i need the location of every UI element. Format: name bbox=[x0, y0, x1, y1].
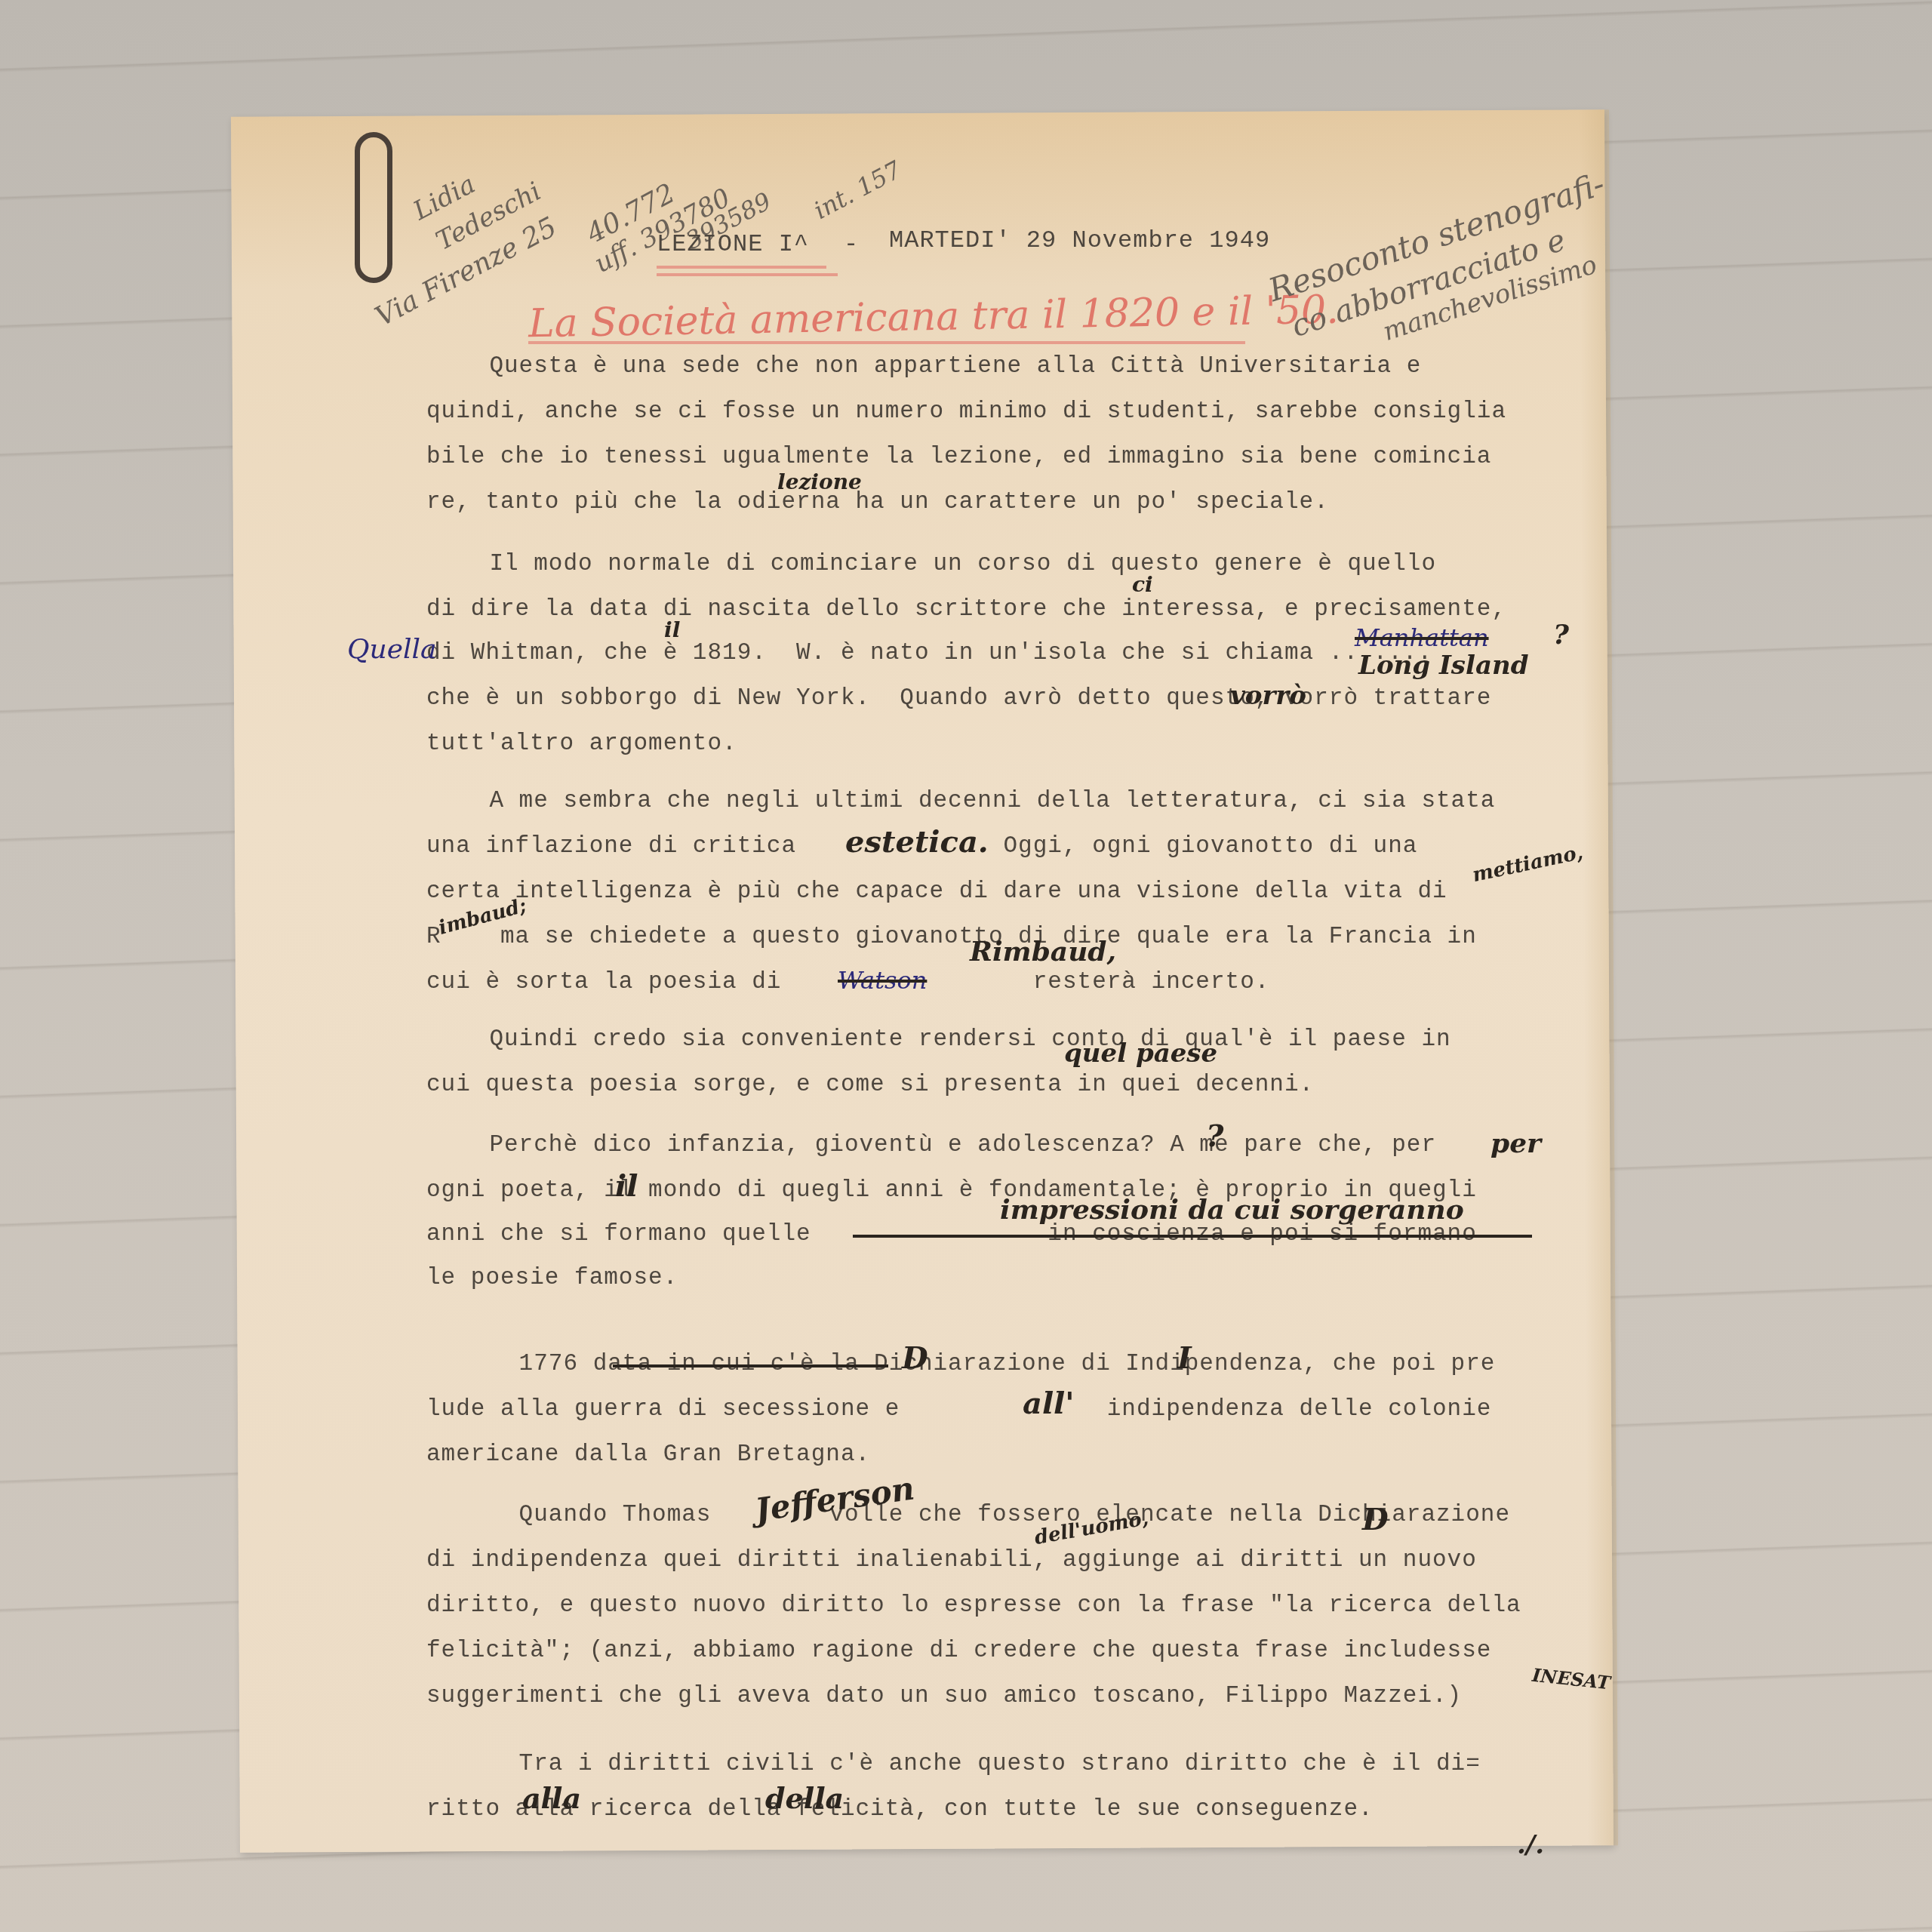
lesson-number: LEZIONE I^ bbox=[657, 230, 809, 258]
paper-edge bbox=[1579, 109, 1618, 1845]
text-line: certa intelligenza è più che capace di d… bbox=[426, 878, 1447, 905]
text-line: suggerimenti che gli aveva dato un suo a… bbox=[426, 1683, 1462, 1709]
annotation-il: il bbox=[664, 617, 680, 642]
text-line: di Whitman, che è 1819. W. è nato in un'… bbox=[426, 640, 1432, 666]
annotation-question-mark: ? bbox=[1206, 1118, 1223, 1154]
text-line: Questa è una sede che non appartiene all… bbox=[430, 353, 1421, 380]
text-line: Quando Thomas volle che fossero elencate… bbox=[430, 1502, 1510, 1528]
annotation-D: D bbox=[1362, 1502, 1389, 1537]
text-line: di indipendenza quei diritti inalienabil… bbox=[426, 1547, 1477, 1574]
annotation-struck-manhattan: Manhattan bbox=[1355, 623, 1489, 652]
annotation-alla: alla bbox=[522, 1781, 581, 1815]
strikethrough-line bbox=[853, 1235, 1532, 1238]
paperclip-icon bbox=[355, 132, 392, 283]
annotation-ci: ci bbox=[1132, 572, 1153, 597]
margin-note-quella: Quella bbox=[347, 634, 437, 665]
text-line: R ma se chiedete a questo giovanotto di … bbox=[426, 924, 1477, 950]
text-line: bile che io tenessi ugualmente la lezion… bbox=[426, 444, 1491, 470]
text-line: A me sembra che negli ultimi decenni del… bbox=[430, 788, 1495, 814]
text-line: Quindi credo sia conveniente rendersi co… bbox=[430, 1026, 1451, 1053]
text-line: diritto, e questo nuovo diritto lo espre… bbox=[426, 1592, 1521, 1619]
red-underline bbox=[657, 266, 826, 269]
annotation-struck-watson: Watson bbox=[838, 966, 927, 995]
text-line: quindi, anche se ci fosse un numero mini… bbox=[426, 398, 1506, 425]
text-line: 1776 data in cui c'è la Dichiarazione di… bbox=[430, 1351, 1495, 1377]
title-underline bbox=[528, 341, 1245, 344]
text-line: re, tanto più che la odierna ha un carat… bbox=[426, 489, 1329, 515]
lesson-date: MARTEDI' 29 Novembre 1949 bbox=[889, 226, 1270, 254]
text-line: felicità"; (anzi, abbiamo ragione di cre… bbox=[426, 1638, 1491, 1664]
annotation-D: D bbox=[902, 1340, 928, 1376]
annotation-quel-paese: quel paese bbox=[1064, 1038, 1217, 1069]
page-end-mark: ./. bbox=[1517, 1830, 1544, 1860]
text-line: tutt'altro argomento. bbox=[426, 731, 737, 757]
text-line: Tra i diritti civili c'è anche questo st… bbox=[430, 1751, 1481, 1777]
strikethrough-line bbox=[613, 1364, 888, 1367]
annotation-della: della bbox=[765, 1781, 844, 1815]
annotation-rimbaud: Rimbaud, bbox=[970, 936, 1116, 968]
annotation-all: all' bbox=[1023, 1386, 1075, 1421]
annotation-long-island: Long Island bbox=[1358, 651, 1528, 681]
text-line: lude alla guerra di secessione e indipen… bbox=[426, 1396, 1491, 1423]
text-line: Il modo normale di cominciare un corso d… bbox=[430, 551, 1436, 577]
annotation-estetica: estetica. bbox=[845, 824, 989, 860]
header-dash: - bbox=[844, 230, 859, 258]
text-line: di dire la data di nascita dello scritto… bbox=[426, 596, 1506, 623]
text-line: cui questa poesia sorge, e come si prese… bbox=[426, 1072, 1314, 1098]
annotation-il: il bbox=[615, 1168, 638, 1204]
text-line: americane dalla Gran Bretagna. bbox=[426, 1441, 870, 1468]
red-underline bbox=[657, 273, 838, 276]
annotation-impressioni: impressioni da cui sorgeranno bbox=[1000, 1194, 1464, 1226]
annotation-lezione: lezione bbox=[777, 469, 862, 494]
text-line: le poesie famose. bbox=[426, 1265, 678, 1291]
margin-question-mark: ? bbox=[1553, 619, 1569, 651]
text-line: che è un sobborgo di New York. Quando av… bbox=[426, 685, 1491, 712]
annotation-vorro: vorrò bbox=[1230, 681, 1306, 711]
text-line: Perchè dico infanzia, gioventù e adolesc… bbox=[430, 1132, 1436, 1158]
annotation-I: I bbox=[1177, 1340, 1192, 1376]
annotation-per: per bbox=[1491, 1128, 1541, 1159]
